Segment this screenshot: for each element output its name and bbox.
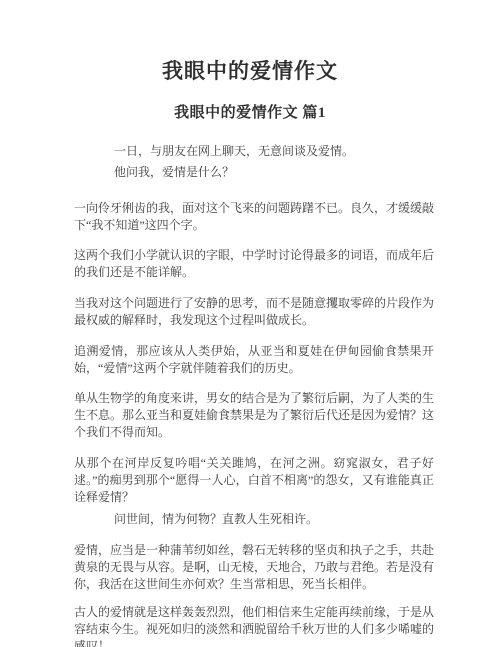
paragraph: 一日，与朋友在网上聊天，无意间谈及爱情。 xyxy=(74,143,434,160)
paragraph: 他问我，爱情是什么？ xyxy=(74,164,434,181)
paragraph: 古人的爱情就是这样轰轰烈烈，他们相信来生定能再续前缘，于是从容结束今生。视死如归… xyxy=(74,604,434,647)
paragraph: 这两个我们小学就认识的字眼，中学时讨论得最多的词语，而成年后的我们还是不能详解。 xyxy=(74,247,434,281)
paragraph: 一向伶牙俐齿的我，面对这个飞来的问题踌躇不已。良久，才缓缓敲下“我不知道”这四个… xyxy=(74,200,434,234)
document-subtitle: 我眼中的爱情作文 篇1 xyxy=(0,85,500,122)
paragraph: 单从生物学的角度来讲，男女的结合是为了繁衍后嗣，为了人类的生生不息。那么亚当和夏… xyxy=(74,390,434,441)
document-title: 我眼中的爱情作文 xyxy=(0,0,500,85)
paragraph: 当我对这个问题进行了安静的思考，而不是随意攫取零碎的片段作为最权威的解释时，我发… xyxy=(74,295,434,329)
paragraph: 从那个在河岸反复吟唱“关关雎鸠，在河之洲。窈窕淑女，君子好逑。”的痴男到那个“愿… xyxy=(74,455,434,506)
document-body: 一日，与朋友在网上聊天，无意间谈及爱情。 他问我，爱情是什么？ 一向伶牙俐齿的我… xyxy=(74,143,434,647)
paragraph: 追溯爱情，那应该从人类伊始，从亚当和夏娃在伊甸园偷食禁果开始，“爱情”这两个字就… xyxy=(74,343,434,377)
document-page: 我眼中的爱情作文 我眼中的爱情作文 篇1 一日，与朋友在网上聊天，无意间谈及爱情… xyxy=(0,0,500,647)
paragraph: 爱情，应当是一种蒲苇纫如丝，磐石无转移的坚贞和执子之手，共赴黄泉的无畏与从容。是… xyxy=(74,542,434,593)
paragraph: 问世间，情为何物？直教人生死相许。 xyxy=(74,511,434,528)
